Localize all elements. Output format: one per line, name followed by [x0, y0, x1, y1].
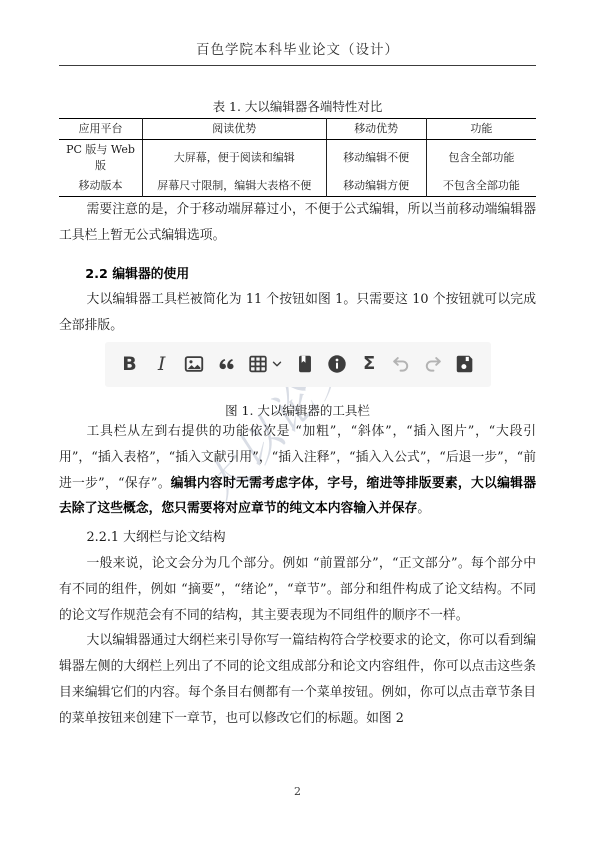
undo-button	[389, 350, 413, 378]
paragraph-toolbar-intro: 大以编辑器工具栏被简化为 11 个按钮如图 1。只需要这 10 个按钮就可以完成…	[59, 287, 536, 339]
image-icon	[183, 353, 205, 375]
page-header: 百色学院本科毕业论文（设计）	[59, 0, 536, 66]
figure-editor-toolbar: B I	[105, 342, 491, 387]
table-caption: 表 1. 大以编辑器各端特性对比	[59, 97, 536, 115]
paragraph-end-punct: 。	[417, 501, 430, 516]
paragraph-thesis-structure: 一般来说，论文会分为几个部分。例如 “前置部分”，“正文部分”。每个部分中有不同…	[59, 551, 536, 628]
table-row: 移动版本 屏幕尺寸限制，编辑大表格不便 移动编辑方便 不包含全部功能	[59, 176, 536, 196]
sigma-icon: Σ	[363, 355, 375, 373]
paragraph-toolbar-functions: 工具栏从左到右提供的功能依次是 “加粗”，“斜体”，“插入图片”，“大段引用”，…	[59, 419, 536, 522]
page-number: 2	[294, 785, 301, 798]
column-header: 阅读优势	[142, 119, 326, 140]
formula-button: Σ	[357, 350, 381, 378]
insert-table-button	[246, 350, 270, 378]
italic-icon: I	[158, 355, 166, 374]
subsection-heading-2-2-1: 2.2.1 大纲栏与论文结构	[59, 525, 536, 551]
chevron-down-icon	[270, 357, 284, 371]
blockquote-button	[214, 350, 238, 378]
table-cell: PC 版与 Web 版	[59, 139, 142, 175]
insert-image-button	[182, 350, 206, 378]
table-cell: 移动编辑不便	[326, 139, 426, 175]
save-button	[453, 350, 477, 378]
redo-icon	[422, 353, 444, 375]
bold-button: B	[118, 350, 142, 378]
paragraph-outline-panel: 大以编辑器通过大纲栏来引导你写一篇结构符合学校要求的论文，你可以看到编辑器左侧的…	[59, 628, 536, 731]
column-header: 移动优势	[326, 119, 426, 140]
save-icon	[454, 353, 476, 375]
table-cell: 屏幕尺寸限制，编辑大表格不便	[142, 176, 326, 196]
table-cell: 不包含全部功能	[426, 176, 536, 196]
column-header: 功能	[426, 119, 536, 140]
table-cell: 移动版本	[59, 176, 142, 196]
bold-icon: B	[122, 355, 136, 374]
redo-button	[421, 350, 445, 378]
table-dropdown-button	[270, 350, 285, 378]
note-button	[325, 350, 349, 378]
info-icon	[326, 353, 348, 375]
table-row: PC 版与 Web 版 大屏幕，便于阅读和编辑 移动编辑不便 包含全部功能	[59, 139, 536, 175]
section-heading-2-2: 2.2 编辑器的使用	[59, 262, 536, 287]
table-icon	[247, 353, 269, 375]
table-cell: 包含全部功能	[426, 139, 536, 175]
quote-icon	[215, 353, 237, 375]
header-title: 百色学院本科毕业论文（设计）	[196, 42, 399, 58]
table-header-row: 应用平台 阅读优势 移动优势 功能	[59, 119, 536, 140]
citation-button	[293, 350, 317, 378]
feature-comparison-table: 应用平台 阅读优势 移动优势 功能 PC 版与 Web 版 大屏幕，便于阅读和编…	[59, 118, 536, 197]
book-icon	[294, 353, 316, 375]
document-page: 百色学院本科毕业论文（设计） 大以论文 表 1. 大以编辑器各端特性对比 应用平…	[0, 0, 595, 842]
undo-icon	[390, 353, 412, 375]
figure-caption: 图 1. 大以编辑器的工具栏	[59, 401, 536, 419]
page-footer: 2	[0, 785, 595, 798]
paragraph-note: 需要注意的是，介于移动端屏幕过小，不便于公式编辑，所以当前移动端编辑器工具栏上暂…	[59, 197, 536, 249]
column-header: 应用平台	[59, 119, 142, 140]
table-cell: 大屏幕，便于阅读和编辑	[142, 139, 326, 175]
table-cell: 移动编辑方便	[326, 176, 426, 196]
italic-button: I	[150, 350, 174, 378]
